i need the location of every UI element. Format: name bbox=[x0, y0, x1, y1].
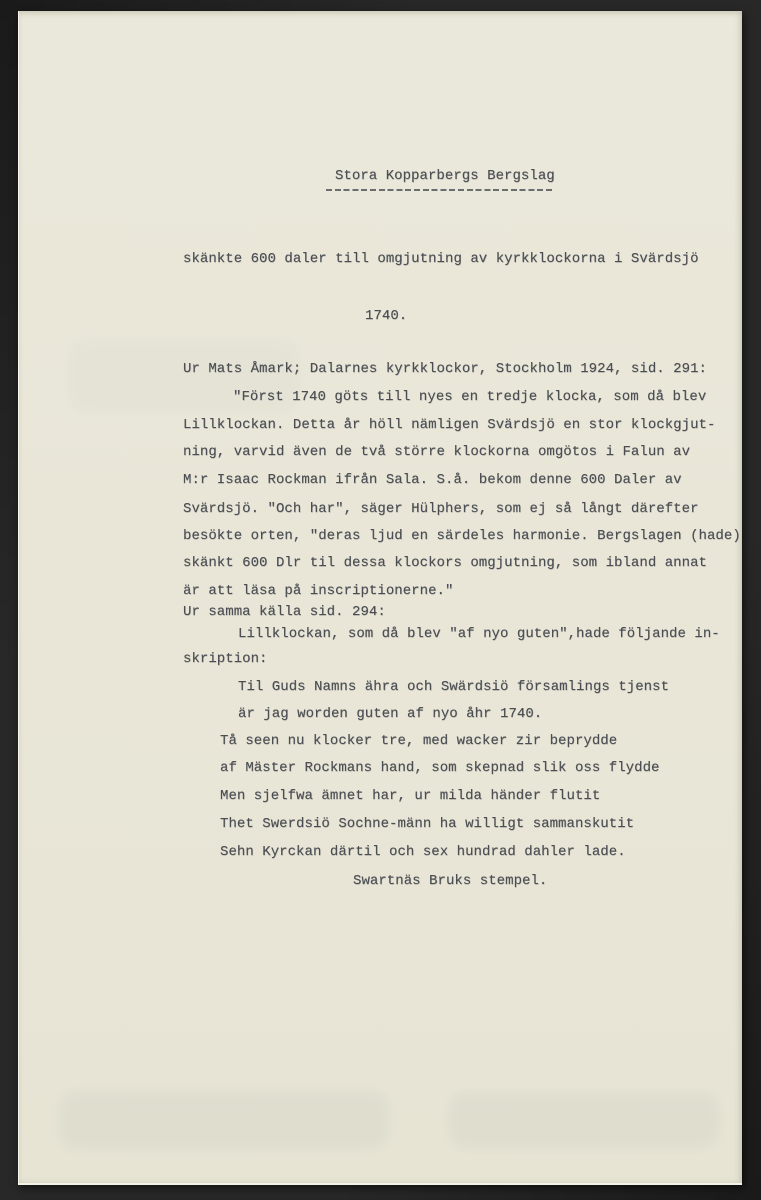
title-underline bbox=[326, 189, 554, 191]
typed-line: besökte orten, "deras ljud en särdeles h… bbox=[183, 527, 741, 545]
typed-line: Lillklockan. Detta år höll nämligen Svär… bbox=[183, 416, 715, 434]
typed-line-gift: skänkte 600 daler till omgjutning av kyr… bbox=[183, 250, 699, 268]
bleed-through-smudge bbox=[59, 1091, 389, 1149]
verse-line: af Mäster Rockmans hand, som skepnad sli… bbox=[220, 759, 659, 777]
verse-line: Men sjelfwa ämnet har, ur milda händer f… bbox=[220, 787, 600, 805]
verse-line: Tå seen nu klocker tre, med wacker zir b… bbox=[220, 732, 617, 750]
typed-line: Svärdsjö. "Och har", säger Hülphers, som… bbox=[183, 500, 699, 518]
verse-line: Til Guds Namns ähra och Swärdsiö församl… bbox=[238, 678, 669, 696]
typed-line-source-2: Ur samma källa sid. 294: bbox=[183, 603, 386, 621]
typed-line: ning, varvid även de två större klockorn… bbox=[183, 443, 690, 461]
document-title: Stora Kopparbergs Bergslag bbox=[335, 167, 555, 185]
typed-line: skänkt 600 Dlr til dessa klockors omgjut… bbox=[183, 554, 707, 572]
verse-line: Sehn Kyrckan därtil och sex hundrad dahl… bbox=[220, 843, 626, 861]
typed-line-source-1: Ur Mats Åmark; Dalarnes kyrkklockor, Sto… bbox=[183, 360, 707, 378]
verse-line: Thet Swerdsiö Sochne-männ ha willigt sam… bbox=[220, 815, 634, 833]
typed-line: M:r Isaac Rockman ifrån Sala. S.å. bekom… bbox=[183, 471, 682, 489]
typed-line-stamp-caption: Swartnäs Bruks stempel. bbox=[353, 872, 547, 890]
typed-line: är att läsa på inscriptionerne." bbox=[183, 582, 453, 600]
bleed-through-smudge bbox=[449, 1093, 719, 1148]
typed-line: "Först 1740 göts till nyes en tredje klo… bbox=[233, 388, 706, 406]
typed-line: Lillklockan, som då blev "af nyo guten",… bbox=[238, 625, 720, 643]
typed-line: skription: bbox=[183, 650, 268, 668]
typed-line-year: 1740. bbox=[365, 307, 407, 325]
document-page: Stora Kopparbergs Bergslag skänkte 600 d… bbox=[18, 11, 742, 1185]
verse-line: är jag worden guten af nyo åhr 1740. bbox=[238, 705, 542, 723]
